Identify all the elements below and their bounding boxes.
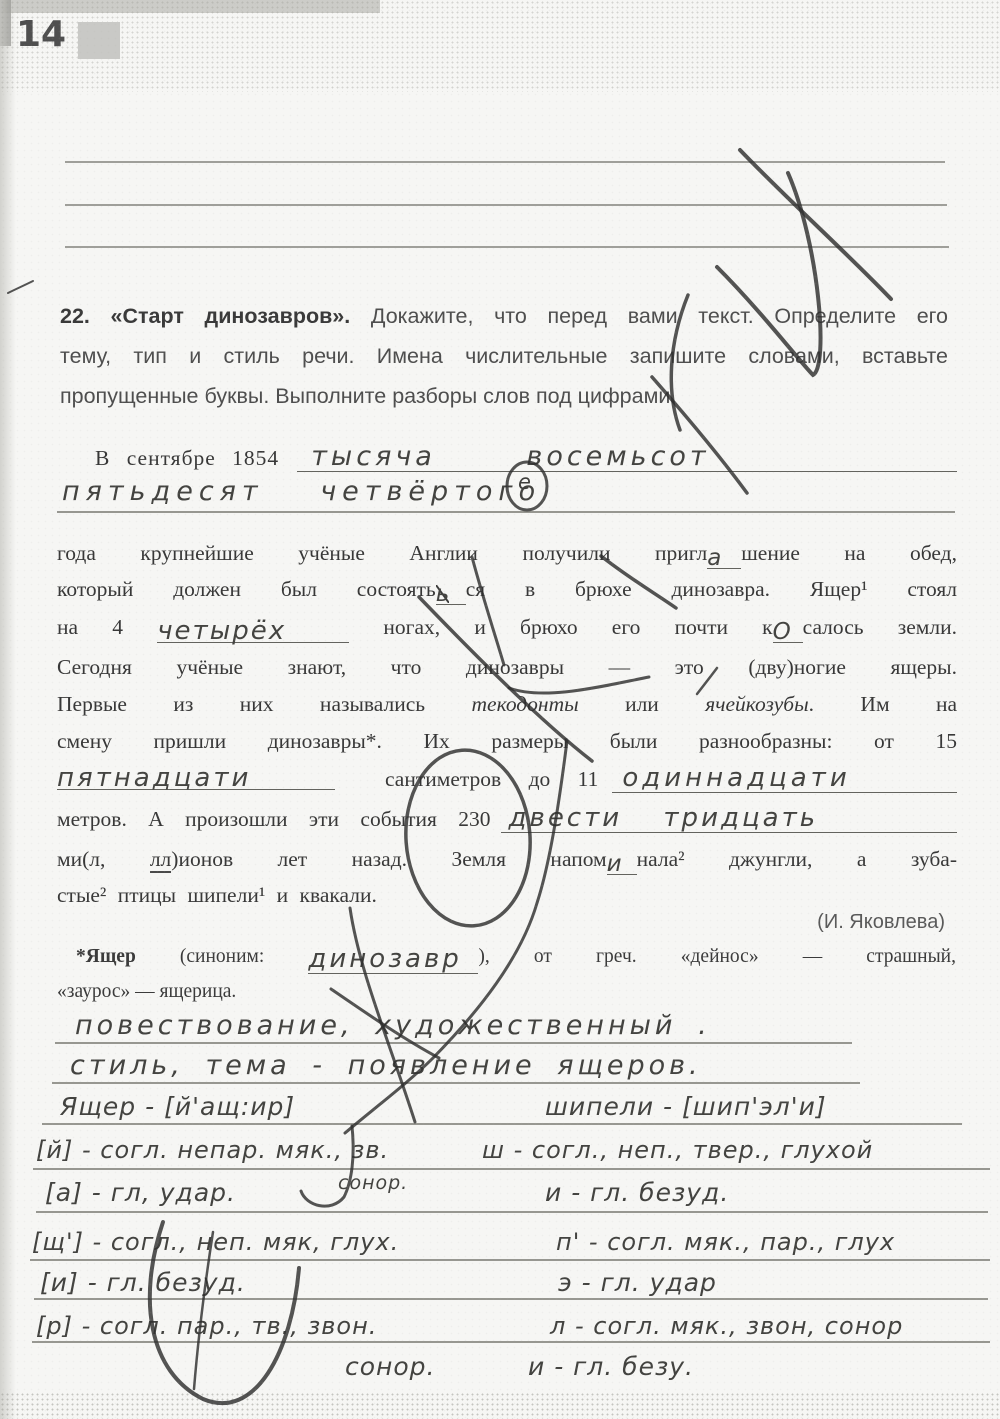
printed-text: салось земли.: [803, 615, 957, 639]
printed-text: года крупнейшие учёные Англии получили п…: [57, 541, 707, 565]
text-line: который должен был состоятьься в брюхе д…: [57, 576, 957, 605]
handwritten-answer: Ящер - [й'ащ:ир]: [60, 1092, 295, 1121]
handwritten-answer: [а] - гл, удар.: [45, 1178, 236, 1207]
printed-text: )ионов лет назад. Земля напом: [171, 847, 606, 871]
answer-blank: четырёх: [157, 619, 349, 643]
answer-blank: [55, 1042, 852, 1044]
text-line: на 4 четырёх ногах, и брюхо его почти кО…: [57, 614, 957, 643]
printed-text: на 4: [57, 615, 157, 639]
ruled-line: [65, 204, 947, 206]
printed-text: ся в брюхе динозавра. Ящер¹ стоял: [466, 577, 957, 601]
footnote-line: «заурос» — ящерица.: [57, 981, 236, 1003]
scan-left-shadow: [0, 0, 16, 1419]
ruled-line: [65, 246, 949, 248]
printed-text: который должен был состоять: [57, 577, 436, 601]
task-text: Докажите, что перед вами текст. Определи…: [350, 304, 948, 328]
text-line: стые² птицы шипели¹ и квакали.: [57, 882, 957, 908]
letter-blank: а: [707, 545, 741, 569]
handwritten-answer: четырёх: [157, 622, 286, 640]
circled-letter-correction: е: [518, 470, 531, 494]
handwritten-letter: а: [707, 549, 721, 567]
text-line: Сегодня учёные знают, что динозавры — эт…: [57, 654, 957, 680]
printed-text-italic: ячейкозубы: [705, 692, 808, 716]
answer-blank: [34, 1298, 988, 1300]
footnote-line: *Ящер (синоним: динозавр), от греч. «дей…: [76, 946, 956, 974]
text-line: В сентябре 1854 тысяча восемьсот: [57, 444, 957, 472]
answer-blank: тысяча восемьсот: [297, 444, 957, 472]
handwritten-letter: и: [607, 855, 622, 873]
handwritten-answer: стиль, тема - появление ящеров.: [70, 1050, 702, 1081]
printed-text: Первые из них назывались: [57, 692, 472, 716]
text-line: года крупнейшие учёные Англии получили п…: [57, 540, 957, 569]
answer-blank: пятнадцати: [57, 766, 335, 790]
handwritten-letter: О: [773, 623, 791, 641]
printed-text-underlined: лл: [150, 847, 171, 873]
handwritten-answer: [р] - согл. пар., тв., звон.: [36, 1312, 377, 1340]
corner-square-marker: [78, 22, 120, 59]
handwritten-answer: ш - согл., неп., твер., глухой: [482, 1136, 873, 1164]
printed-text: . Им на: [809, 692, 957, 716]
text-line: ми(л, лл)ионов лет назад. Земля напомина…: [57, 846, 957, 875]
handwritten-answer: динозавр: [308, 950, 461, 968]
answer-blank: [42, 1123, 962, 1125]
letter-blank: ь: [436, 581, 466, 605]
printed-text-italic: текодонты: [472, 692, 579, 716]
answer-blank: одиннадцати: [612, 766, 957, 793]
handwritten-answer: л - согл. мяк., звон, сонор: [550, 1312, 903, 1340]
footnote-text: (синоним:: [136, 946, 309, 967]
handwritten-answer: и - гл. безуд.: [545, 1178, 729, 1207]
handwritten-answer: [щ'] - согл., неп. мяк, глух.: [32, 1228, 399, 1256]
handwritten-answer: двести тридцать: [509, 809, 819, 827]
handwritten-answer: [й] - согл. непар. мяк., зв.: [36, 1136, 389, 1164]
handwritten-answer: шипели - [шип'эл'и]: [545, 1092, 827, 1121]
task-statement-line: тему, тип и стиль речи. Имена числительн…: [60, 343, 948, 370]
printed-text: В сентябре 1854: [95, 445, 279, 471]
footnote-text: ), от греч. «дейнос» — страшный,: [478, 946, 956, 967]
scan-noise-bottom: [0, 1392, 1000, 1419]
answer-blank: двести тридцать: [501, 806, 957, 833]
handwritten-answer: [и] - гл. безуд.: [40, 1268, 246, 1297]
pen-scribble-stroke: [472, 557, 504, 665]
handwritten-answer: пятьдесят четвёртого: [62, 476, 541, 507]
text-line: смену пришли динозавры*. Их размеры были…: [57, 728, 957, 754]
answer-blank: динозавр: [308, 950, 478, 974]
printed-text: метров. А произошли эти события 230: [57, 806, 491, 832]
page-number: 14: [16, 14, 66, 55]
handwritten-note: сонор.: [338, 1172, 408, 1194]
task-number: 22.: [60, 304, 90, 328]
author-credit: (И. Яковлева): [600, 911, 945, 934]
scan-top-edge: [0, 0, 380, 13]
footnote-term: *Ящер: [76, 946, 136, 967]
printed-text: нала² джунгли, а зуба-: [637, 847, 957, 871]
printed-text: шение на обед,: [741, 541, 957, 565]
letter-blank: О: [773, 619, 803, 643]
answer-blank: [30, 1259, 990, 1261]
handwritten-answer: повествование, художественный .: [75, 1010, 711, 1041]
text-line: метров. А произошли эти события 230 двес…: [57, 806, 957, 833]
handwritten-answer: п' - согл. мяк., пар., глух: [556, 1228, 895, 1256]
printed-text: ногах, и брюхо его почти к: [349, 615, 772, 639]
printed-text: или: [579, 692, 706, 716]
answer-blank: [52, 1082, 860, 1084]
handwritten-answer: э - гл. удар: [558, 1268, 717, 1297]
answer-blank: [32, 1341, 990, 1343]
answer-blank: [33, 1168, 990, 1170]
ruled-line: [65, 161, 945, 163]
printed-text: ми(л,: [57, 847, 150, 871]
handwritten-answer: сонор.: [345, 1352, 436, 1381]
task-title: «Старт динозавров».: [111, 304, 351, 328]
task-statement-line: пропущенные буквы. Выполните разборы сло…: [60, 383, 948, 410]
handwritten-answer: пятнадцати: [57, 769, 251, 787]
letter-blank: и: [607, 851, 637, 875]
handwritten-answer: и - гл. безу.: [528, 1352, 694, 1381]
handwritten-answer: тысяча восемьсот: [311, 441, 709, 472]
handwritten-letter-struck: ь: [436, 585, 450, 603]
answer-blank: [57, 511, 955, 513]
text-line: пятнадцати сантиметров до 11 одиннадцати: [57, 766, 957, 793]
pen-scribble-stroke: [740, 150, 891, 299]
answer-blank: [36, 1211, 988, 1213]
printed-text: сантиметров до 11: [385, 766, 598, 792]
task-statement-line: 22. «Старт динозавров». Докажите, что пе…: [60, 303, 948, 330]
scan-noise-top: [0, 0, 1000, 92]
text-line: Первые из них назывались текодонты или я…: [57, 691, 957, 717]
workbook-page: 14 22. «Старт динозавров». Докажите, что…: [0, 0, 1000, 1419]
handwritten-answer: одиннадцати: [622, 769, 850, 787]
